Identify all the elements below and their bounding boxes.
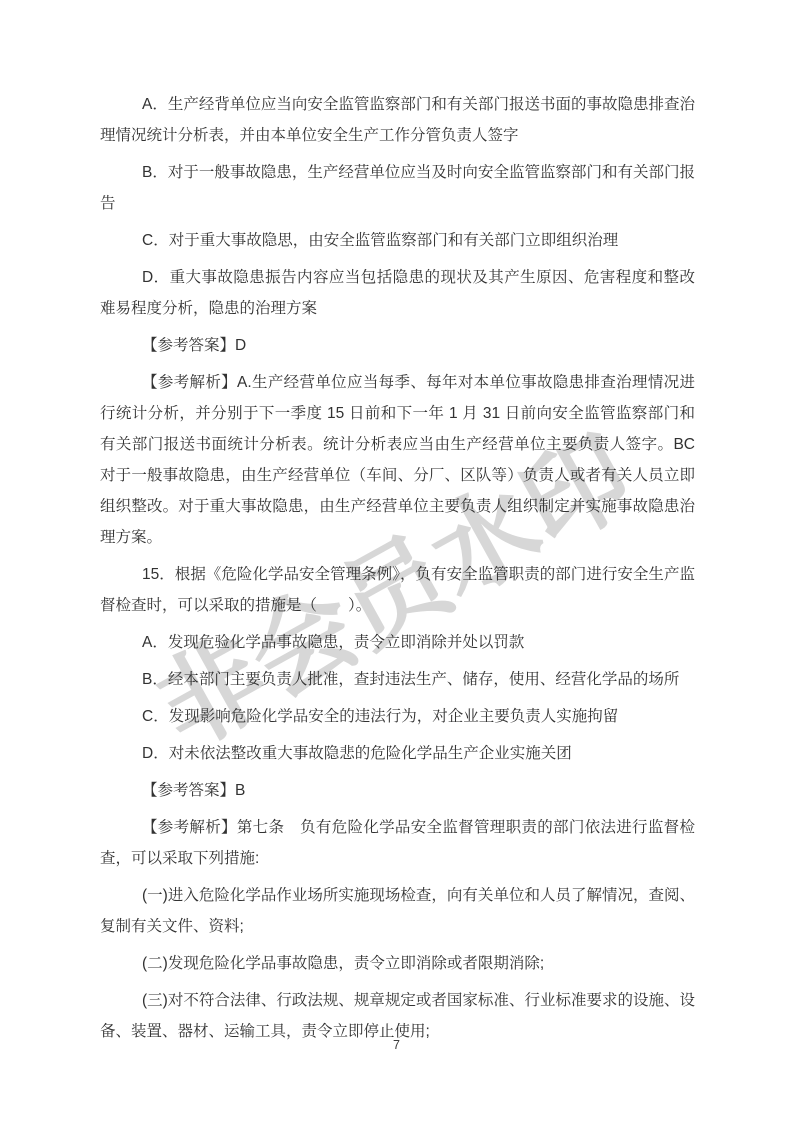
- q14-option-b: B．对于一般事故隐患，生产经营单位应当及时向安全监管监察部门和有关部门报告: [100, 157, 695, 219]
- q15-answer: 【参考答案】B: [100, 775, 695, 806]
- q15-option-b: B．经本部门主要负责人批准，查封违法生产、储存，使用、经营化学品的场所: [100, 664, 695, 695]
- q14-explanation: 【参考解析】A.生产经营单位应当每季、每年对本单位事故隐患排查治理情况进行统计分…: [100, 367, 695, 553]
- q15-measure-1: (一)进入危险化学品作业场所实施现场检查，向有关单位和人员了解情况，查阅、复制有…: [100, 880, 695, 942]
- q15-option-c: C．发现影响危险化学品安全的违法行为，对企业主要负责人实施拘留: [100, 701, 695, 732]
- q15-explanation: 【参考解析】第七条 负有危险化学品安全监督管理职责的部门依法进行监督检查，可以采…: [100, 812, 695, 874]
- q15-measure-2: (二)发现危险化学品事故隐患，责令立即消除或者限期消除;: [100, 948, 695, 979]
- q14-option-d: D．重大事故隐患振告内容应当包括隐患的现状及其产生原因、危害程度和整改难易程度分…: [100, 262, 695, 324]
- page-number: 7: [0, 1038, 793, 1052]
- q14-option-c: C．对于重大事故隐思，由安全监管监察部门和有关部门立即组织治理: [100, 225, 695, 256]
- q14-answer: 【参考答案】D: [100, 330, 695, 361]
- q15-option-a: A．发现危验化学品事故隐患，责令立即消除并处以罚款: [100, 627, 695, 658]
- document-page: 非会员水印 A．生产经背单位应当向安全监管监察部门和有关部门报送书面的事故隐患排…: [0, 0, 793, 1122]
- document-content: A．生产经背单位应当向安全监管监察部门和有关部门报送书面的事故隐患排查治理情况统…: [0, 0, 793, 1047]
- q15-stem: 15．根据《危险化学品安全管理条例》，负有安全监管职责的部门进行安全生产监督检查…: [100, 559, 695, 621]
- q15-option-d: D．对未依法整改重大事故隐悲的危险化学品生产企业实施关团: [100, 738, 695, 769]
- q14-option-a: A．生产经背单位应当向安全监管监察部门和有关部门报送书面的事故隐患排查治理情况统…: [100, 89, 695, 151]
